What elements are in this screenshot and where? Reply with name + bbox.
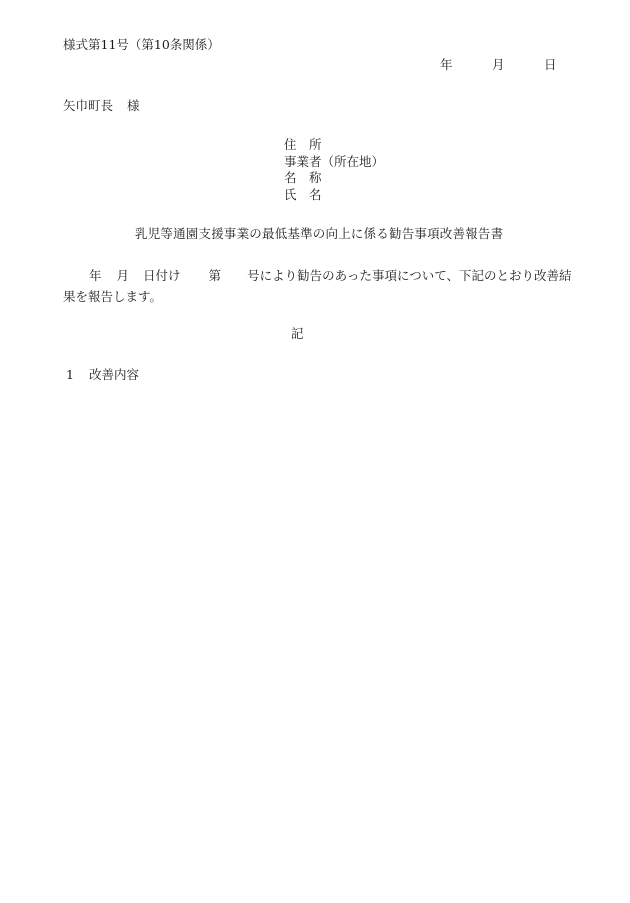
body-paragraph: 年月日付け第号により勧告のあった事項について、下記のとおり改善結果を報告します。 <box>63 265 583 307</box>
section-item: 1改善内容 <box>66 367 139 383</box>
date-day-label: 日 <box>544 57 557 73</box>
date-year-label: 年 <box>440 57 453 73</box>
applicant-business-location-label: 事業者（所在地） <box>284 154 384 171</box>
ki-heading: 記 <box>291 326 304 342</box>
addressee: 矢巾町長様 <box>63 98 140 114</box>
applicant-block: 住 所 事業者（所在地） 名 称 氏 名 <box>284 137 384 203</box>
form-number: 様式第11号（第10条関係） <box>63 37 220 53</box>
section-number: 1 <box>66 367 89 383</box>
body-year: 年 <box>89 268 102 283</box>
body-dated: 日付け <box>143 268 181 283</box>
body-month: 月 <box>117 268 130 283</box>
body-text: 号により勧告のあった事項について、下記のとおり改善結果を報告します。 <box>63 268 571 304</box>
applicant-address-label: 住 所 <box>284 137 384 154</box>
addressee-honorific: 様 <box>127 98 140 113</box>
document-title: 乳児等通園支援事業の最低基準の向上に係る勧告事項改善報告書 <box>135 226 503 242</box>
applicant-organization-name-label: 名 称 <box>284 170 384 187</box>
addressee-name: 矢巾町長 <box>63 98 113 113</box>
date-month-label: 月 <box>492 57 505 73</box>
applicant-person-name-label: 氏 名 <box>284 187 384 204</box>
body-number-prefix: 第 <box>209 268 222 283</box>
date-line: 年 月 日 <box>0 57 630 73</box>
section-label: 改善内容 <box>89 367 139 382</box>
